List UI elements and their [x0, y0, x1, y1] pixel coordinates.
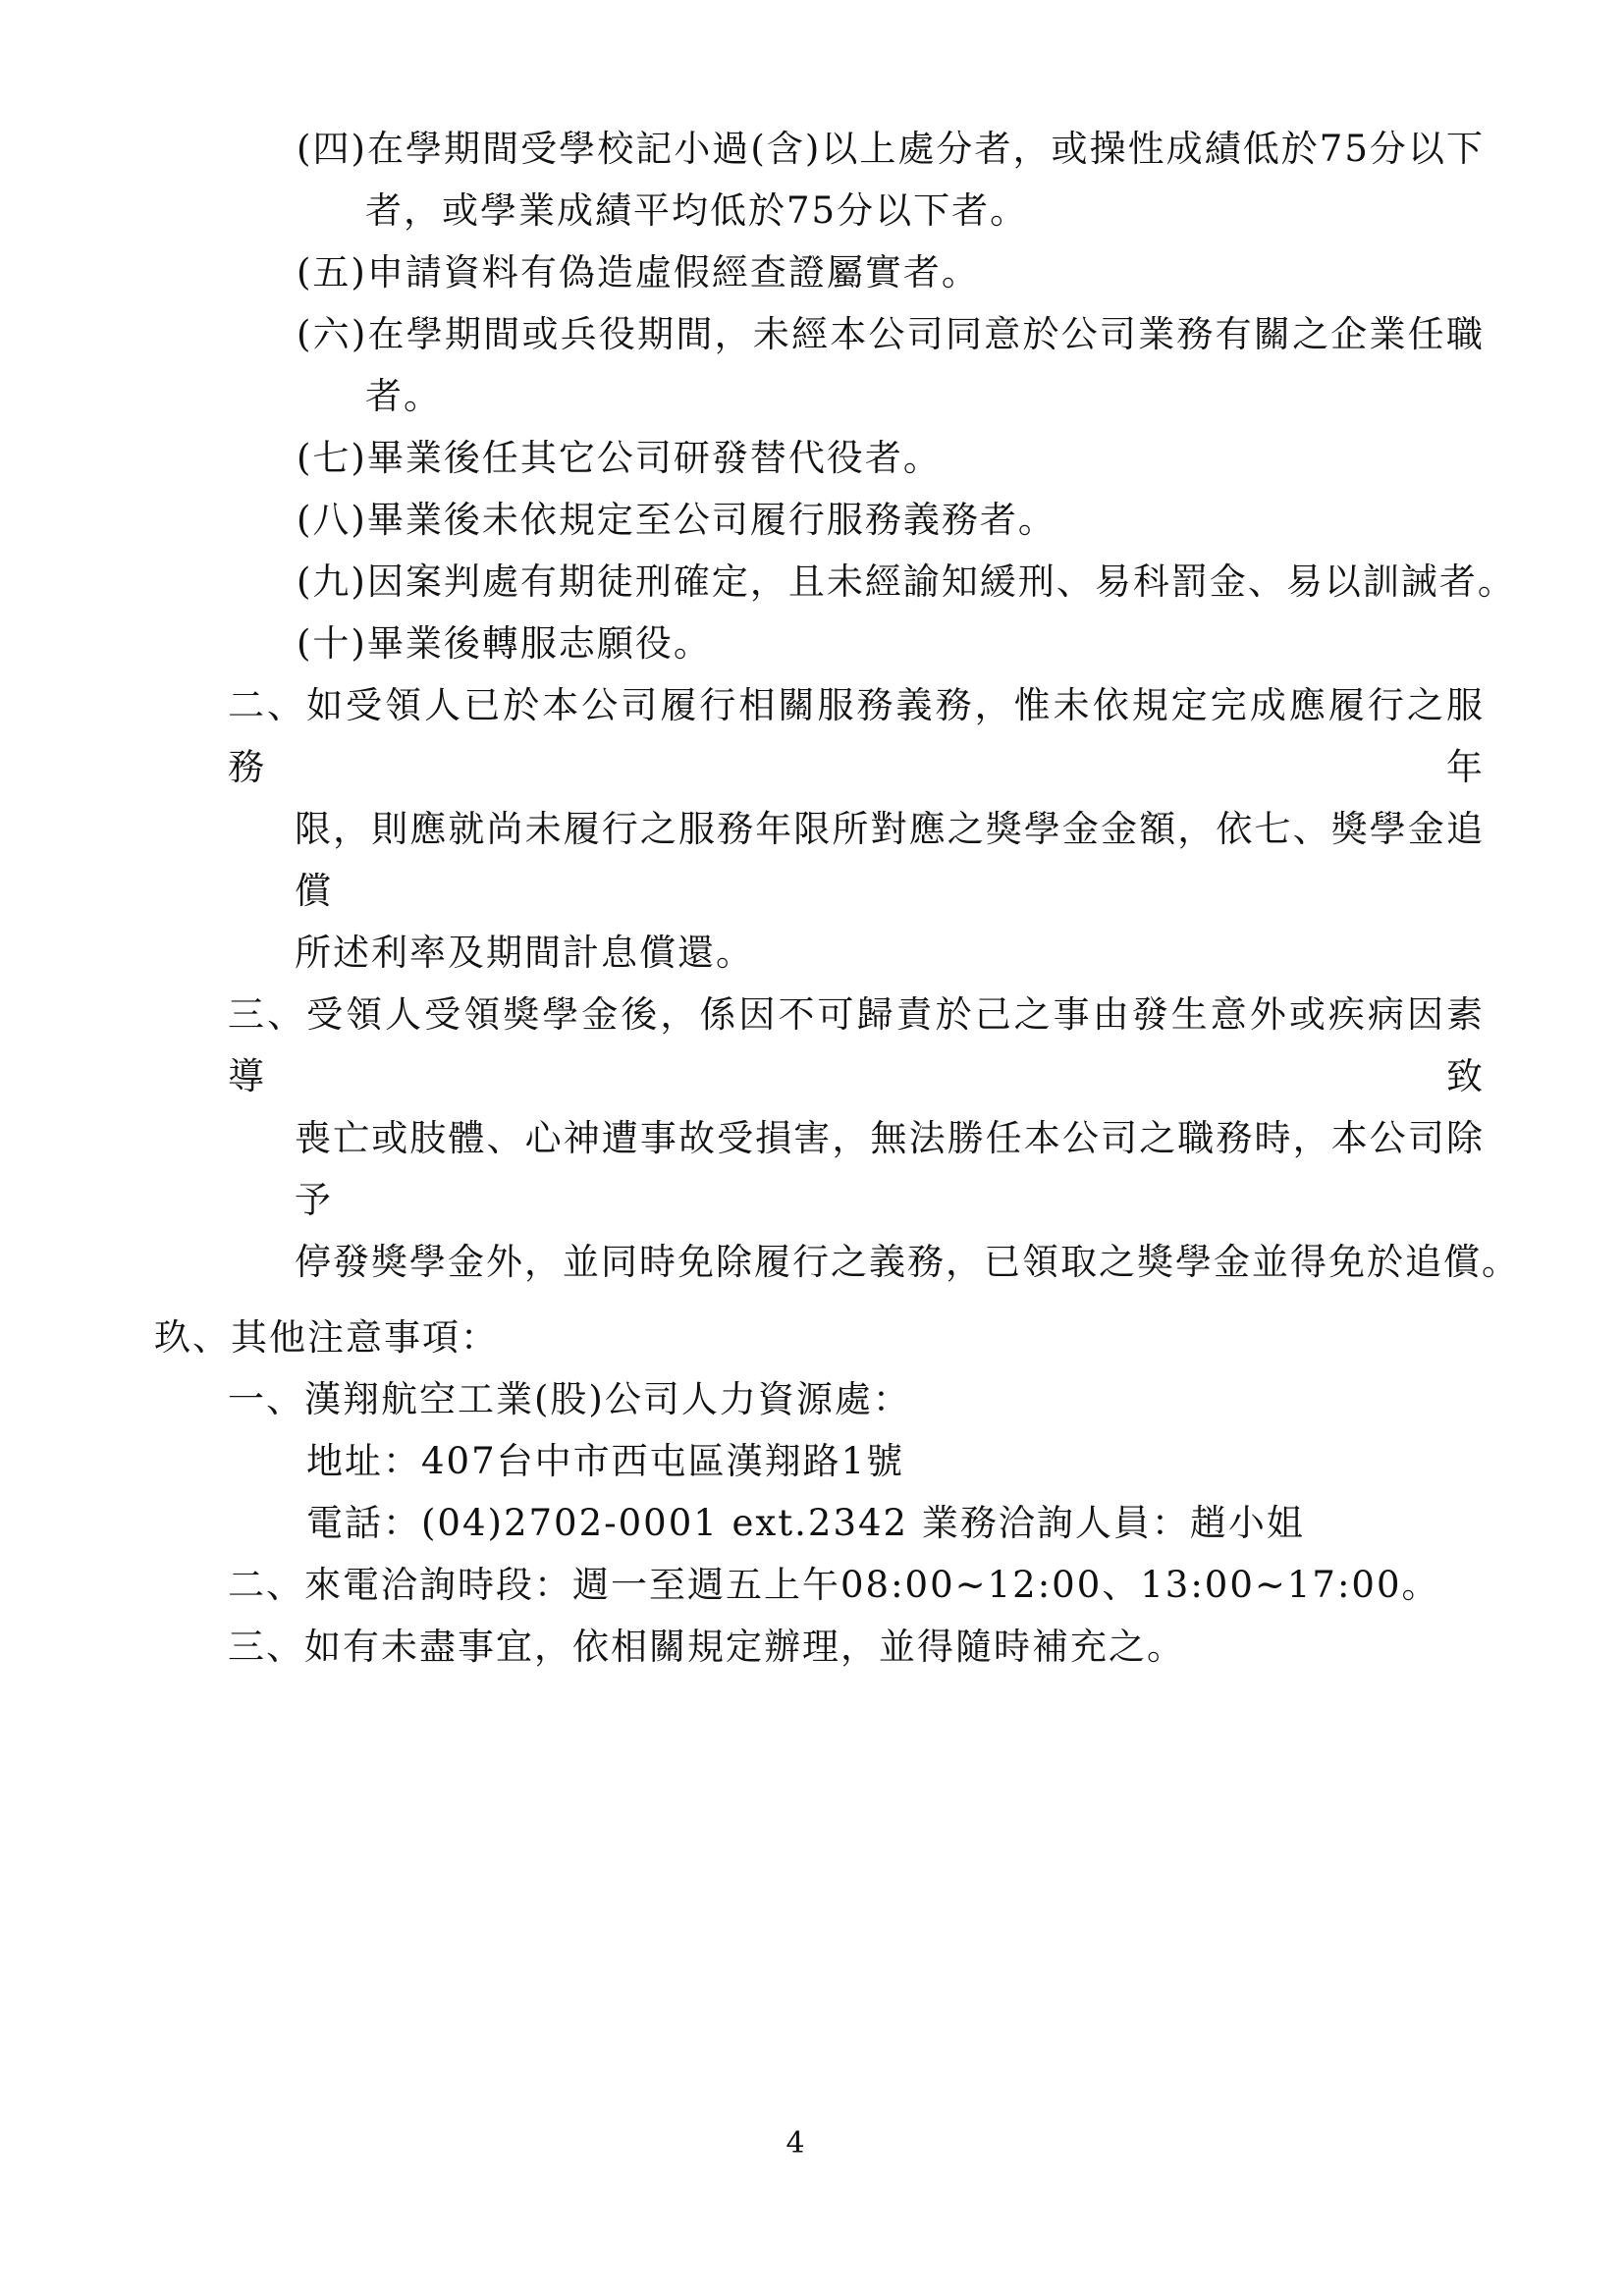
- item-7: (七)畢業後任其它公司研發替代役者。: [297, 427, 1624, 489]
- section-9-heading: 玖、其他注意事項：: [154, 1307, 1624, 1368]
- item-8: (八)畢業後未依規定至公司履行服務義務者。: [297, 489, 1624, 551]
- item-10: (十)畢業後轉服志願役。: [297, 613, 1624, 674]
- document-text-block: (四)在學期間受學校記小過(含)以上處分者，或操性成績低於75分以下 者，或學業…: [0, 118, 1624, 1678]
- note-2: 二、來電洽詢時段：週一至週五上午08:00~12:00、13:00~17:00。: [228, 1554, 1624, 1616]
- note-1-address: 地址：407台中市西屯區漢翔路1號: [306, 1430, 1624, 1492]
- document-page: (四)在學期間受學校記小過(含)以上處分者，或操性成績低於75分以下 者，或學業…: [0, 0, 1624, 2296]
- item-4-line-1: (四)在學期間受學校記小過(含)以上處分者，或操性成績低於75分以下: [297, 118, 1485, 180]
- clause-3-line-1: 三、受領人受領獎學金後，係因不可歸責於己之事由發生意外或疾病因素導致: [228, 984, 1485, 1107]
- item-4-line-2: 者，或學業成績平均低於75分以下者。: [365, 180, 1624, 241]
- note-1-phone: 電話：(04)2702-0001 ext.2342 業務洽詢人員：趙小姐: [306, 1492, 1624, 1554]
- note-1: 一、漢翔航空工業(股)公司人力資源處：: [228, 1368, 1624, 1430]
- item-5: (五)申請資料有偽造虛假經查證屬實者。: [297, 241, 1624, 303]
- clause-3-line-3: 停發獎學金外，並同時免除履行之義務，已領取之獎學金並得免於追償。: [295, 1231, 1624, 1293]
- note-3: 三、如有未盡事宜，依相關規定辦理，並得隨時補充之。: [228, 1616, 1624, 1678]
- item-6-line-2: 者。: [365, 365, 1624, 427]
- item-9: (九)因案判處有期徒刑確定，且未經諭知緩刑、易科罰金、易以訓誡者。: [297, 551, 1624, 613]
- clause-2-line-3: 所述利率及期間計息償還。: [295, 922, 1624, 984]
- clause-3-line-2: 喪亡或肢體、心神遭事故受損害，無法勝任本公司之職務時，本公司除予: [295, 1107, 1485, 1231]
- page-number: 4: [0, 2126, 1591, 2161]
- item-6-line-1: (六)在學期間或兵役期間，未經本公司同意於公司業務有關之企業任職: [297, 303, 1485, 365]
- clause-2-line-1: 二、如受領人已於本公司履行相關服務義務，惟未依規定完成應履行之服務年: [228, 674, 1485, 798]
- clause-2-line-2: 限，則應就尚未履行之服務年限所對應之獎學金金額，依七、獎學金追償: [295, 798, 1485, 922]
